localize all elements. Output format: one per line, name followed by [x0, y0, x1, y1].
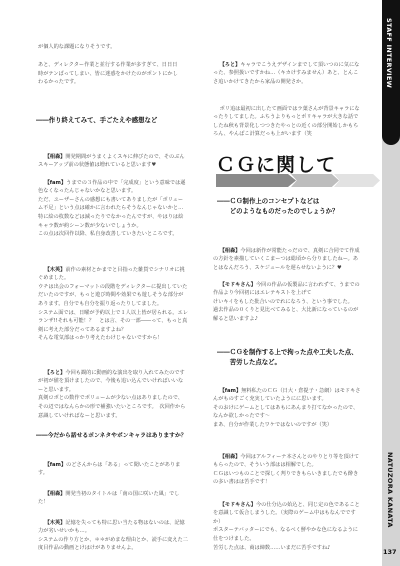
answer: 【fam】無料私たのＣＧ（日大・倉提子・急網）はモドキさんがものすごく充実してい… [213, 378, 361, 438]
speaker-label: 【木英】 [45, 267, 66, 273]
speaker-label: 【ろと】 [220, 62, 241, 68]
question-heading: ――ＣＧを制作する上で拘った点や工夫した点、 苦労した点など。 [217, 347, 358, 367]
speaker-label: 【相森】 [45, 491, 66, 497]
question-heading: ――ＣＧ制作上のコンセプトなどは どのようなものだったのでしょうか？ [217, 196, 338, 216]
speaker-label: 【相森】 [220, 248, 241, 254]
answer: 【ろと】今回も観的に動画的な演出を取り入れてみたのですが初が値を頂けましたので、… [38, 360, 188, 429]
speaker-label: 【モドキさん】 [220, 502, 256, 508]
answer: 【相森】今回はアルフィーナ本さんとのやりとり等を頂けてもらったので、そういう部は… [213, 444, 361, 496]
speaker-label: 【相森】 [220, 454, 241, 460]
answer: 【モドキさん】今回の作品の仮製品に言われずて、うまでの作品より今回初にはエレテキ… [213, 272, 361, 332]
speaker-label: 【モドキさん】 [220, 282, 256, 288]
answer: 【木英】記憶を失っても特に思い当たる物はないのは、記憶力が劣いせいかも…。 シス… [38, 510, 188, 562]
question-heading: ――作り終えてみて、手ごたえや感想など [36, 115, 157, 125]
intro-paragraph: が個人的な課題になりそうです。 [38, 43, 188, 52]
speaker-label: 【相森】 [45, 154, 66, 160]
section-title-underline-bar [216, 174, 366, 187]
answer: 【木英】前作の素材とかまでと目指った雑貨でシナリオに挑ぐめました。 ウチは出会の… [38, 257, 188, 352]
interviewee-name: NATUZORA KANATA [386, 452, 394, 528]
answer-text: うまでの３作品の中で「完成度」という意味では遜色なくなったんじゃないかなと思いま… [38, 180, 185, 238]
intro-paragraph: あと、ディレクター作業と並行する作業が多すぎて、日日日 時がテンぱってしまい、皆… [38, 61, 188, 87]
arrow-segment-light [334, 174, 380, 187]
answer-text: ポリ追は最初に出したて画面ではラ葉さんが背景キャラになったりしてました。ふちうよ… [213, 106, 360, 138]
speaker-label: 【ろと】 [45, 370, 66, 376]
speaker-label: 【fam】 [220, 388, 242, 394]
speaker-label: 【fam】 [45, 462, 67, 468]
speaker-label: 【木英】 [45, 520, 66, 526]
answer-text: 今回も観的に動画的な演出を取り入れてみたのですが初が値を頂けましたので、今後も追… [38, 370, 185, 419]
arrow-segment-mid [291, 174, 339, 187]
answer: 【fam】うまでの３作品の中で「完成度」という意味では遜色なくなったんじゃないか… [38, 170, 188, 247]
answer: 【モドキさん】今の仕分込の始込と、同じ定の色であることを意識して仮合しまうした。… [213, 492, 361, 561]
answer-text: 前作の素材とかまでと目指った雑貨でシナリオに挑ぐめました。 ウチは出会のフォーマ… [38, 267, 188, 342]
section-label: STAFF INTERVIEW [385, 18, 393, 88]
section-title: ＣＧに関して [216, 150, 336, 177]
speaker-label: 【fam】 [45, 180, 67, 186]
answer-paragraph: ポリ追は最初に出したて画面ではラ葉さんが背景キャラになったりしてました。ふちうよ… [213, 96, 361, 148]
page-number: 137 [383, 548, 397, 556]
answer-text: 今の仕分込の始込と、同じ定の色であることを意識して仮合しまうした。（実際のゲーム… [213, 502, 360, 551]
arrow-segment-dark [216, 174, 296, 187]
answer: 【ろと】キャラでこうえデザインまでして頂いつのに気になった、参照扱いですかね…（… [213, 52, 361, 95]
question-heading: ――今だから話せるポンネタやボンキャラはありますか？ [36, 431, 187, 441]
